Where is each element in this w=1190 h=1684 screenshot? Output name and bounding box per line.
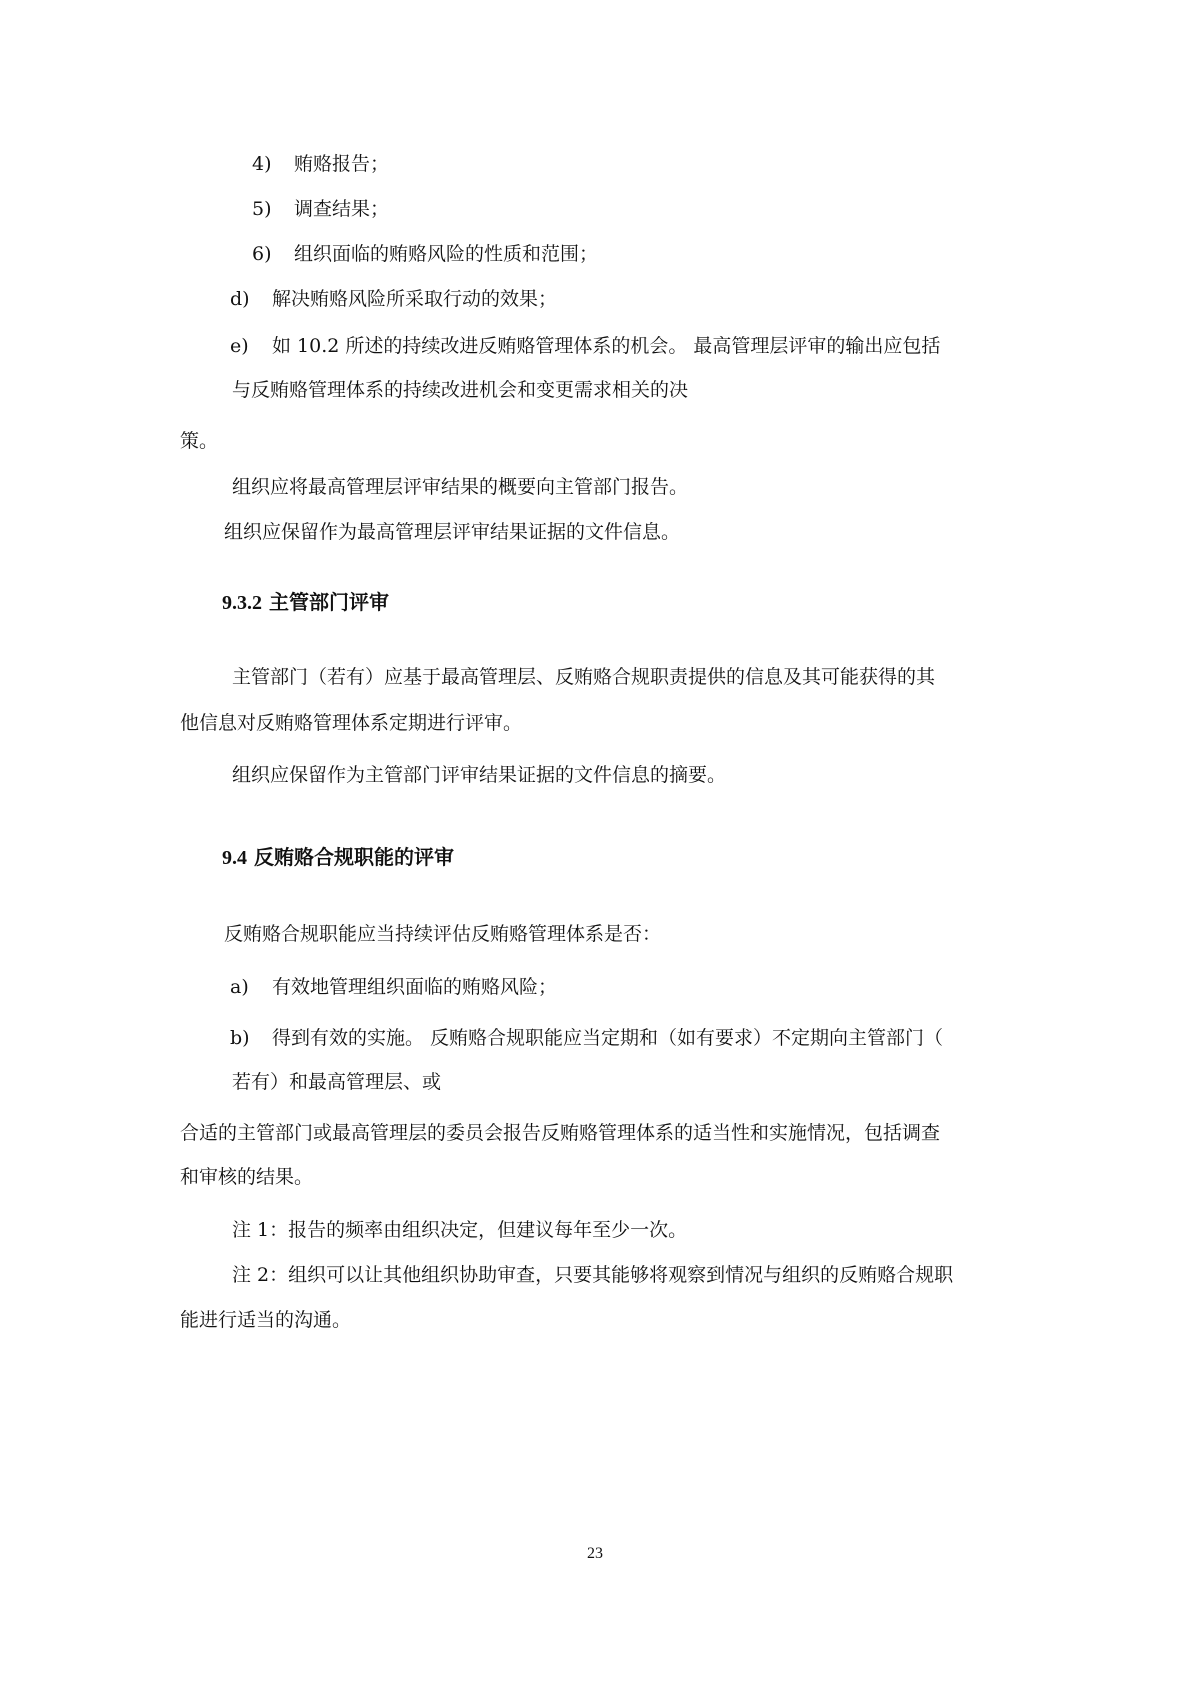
section-heading-9-4: 9.4 反贿赂合规职能的评审	[222, 844, 454, 871]
page-number: 23	[587, 1545, 603, 1563]
section-title: 主管部门评审	[269, 590, 389, 614]
section-number: 9.4	[222, 847, 247, 869]
list-label: e)	[230, 334, 272, 358]
paragraph: 反贿赂合规职能应当持续评估反贿赂管理体系是否：	[224, 922, 661, 946]
list-label: b)	[230, 1026, 272, 1050]
list-item: 5)调查结果；	[252, 197, 389, 221]
note-1: 注 1：报告的频率由组织决定，但建议每年至少一次。	[232, 1218, 687, 1242]
list-item: b)得到有效的实施。 反贿赂合规职能应当定期和（如有要求）不定期向主管部门（	[230, 1026, 943, 1050]
section-number: 9.3.2	[222, 592, 262, 614]
list-label: 5)	[252, 197, 294, 221]
list-text: 如 10.2 所述的持续改进反贿赂管理体系的机会。 最高管理层评审的输出应包括	[272, 335, 940, 357]
paragraph-line: 与反贿赂管理体系的持续改进机会和变更需求相关的决	[232, 378, 688, 402]
paragraph: 组织应保留作为主管部门评审结果证据的文件信息的摘要。	[232, 763, 726, 787]
paragraph-line: 他信息对反贿赂管理体系定期进行评审。	[180, 711, 522, 735]
list-item: d)解决贿赂风险所采取行动的效果；	[230, 287, 557, 311]
list-text: 解决贿赂风险所采取行动的效果；	[272, 288, 557, 310]
list-text: 贿赂报告；	[294, 153, 389, 175]
list-label: 6)	[252, 242, 294, 266]
list-text: 组织面临的贿赂风险的性质和范围；	[294, 243, 598, 265]
paragraph-line: 和审核的结果。	[180, 1165, 313, 1189]
list-item: 4)贿赂报告；	[252, 152, 389, 176]
paragraph-line: 策。	[180, 429, 218, 453]
paragraph: 组织应保留作为最高管理层评审结果证据的文件信息。	[224, 520, 680, 544]
list-item: e)如 10.2 所述的持续改进反贿赂管理体系的机会。 最高管理层评审的输出应包…	[230, 334, 940, 358]
list-item: a)有效地管理组织面临的贿赂风险；	[230, 975, 557, 999]
list-text: 调查结果；	[294, 198, 389, 220]
section-title: 反贿赂合规职能的评审	[254, 845, 454, 869]
paragraph-line: 若有）和最高管理层、或	[232, 1070, 441, 1094]
list-item: 6)组织面临的贿赂风险的性质和范围；	[252, 242, 598, 266]
section-heading-9-3-2: 9.3.2 主管部门评审	[222, 589, 389, 616]
paragraph-line: 合适的主管部门或最高管理层的委员会报告反贿赂管理体系的适当性和实施情况，包括调查	[180, 1121, 940, 1145]
list-label: 4)	[252, 152, 294, 176]
list-text: 得到有效的实施。 反贿赂合规职能应当定期和（如有要求）不定期向主管部门（	[272, 1027, 943, 1049]
list-label: a)	[230, 975, 272, 999]
note-2-continuation: 能进行适当的沟通。	[180, 1308, 351, 1332]
list-label: d)	[230, 287, 272, 311]
note-2: 注 2：组织可以让其他组织协助审查，只要其能够将观察到情况与组织的反贿赂合规职	[232, 1263, 953, 1287]
list-text: 有效地管理组织面临的贿赂风险；	[272, 976, 557, 998]
paragraph: 组织应将最高管理层评审结果的概要向主管部门报告。	[232, 475, 688, 499]
paragraph-line: 主管部门（若有）应基于最高管理层、反贿赂合规职责提供的信息及其可能获得的其	[232, 665, 935, 689]
